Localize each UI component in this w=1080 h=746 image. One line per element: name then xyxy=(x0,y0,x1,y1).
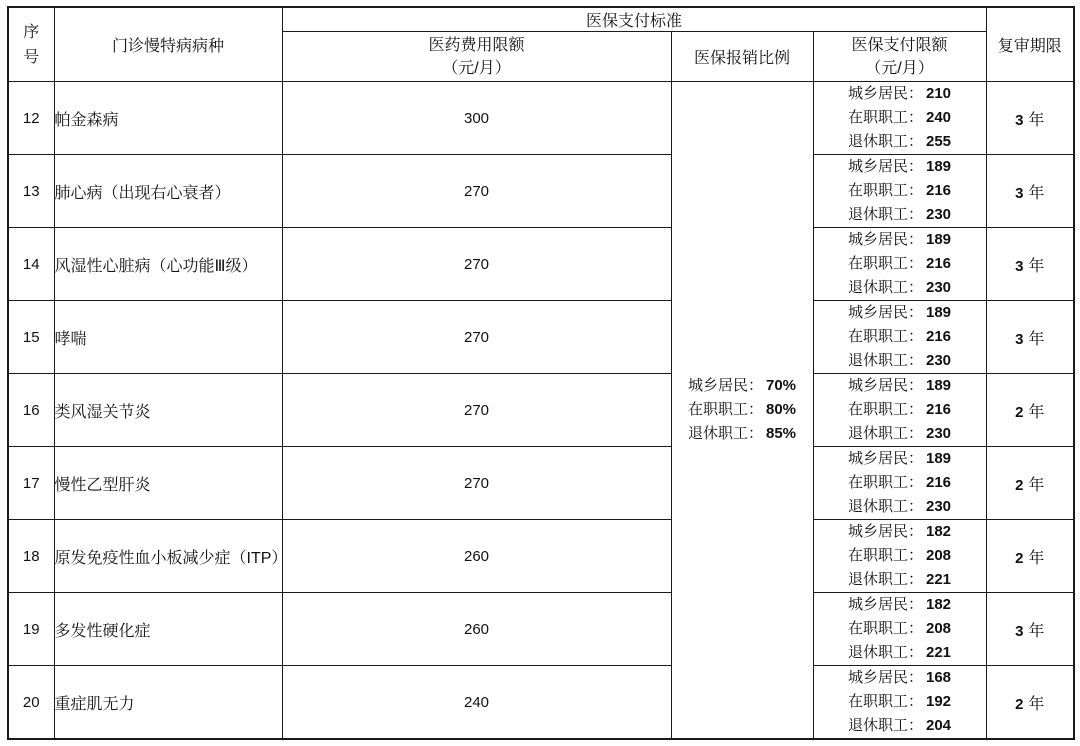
review-unit: 年 xyxy=(1028,623,1044,640)
pay-limit-label: 城乡居民： xyxy=(848,450,923,467)
pay-limit-value: 204 xyxy=(926,717,951,734)
row-pay-limits: 城乡居民：189 在职职工：216 退休职工：230 xyxy=(813,447,986,520)
pay-limit-line: 城乡居民：189 xyxy=(848,374,951,398)
pay-limit-value: 208 xyxy=(926,547,951,564)
review-value: 2 xyxy=(1015,550,1023,567)
row-serial: 18 xyxy=(8,520,54,593)
row-review: 3年 xyxy=(986,301,1074,374)
review-unit: 年 xyxy=(1028,550,1044,567)
row-serial: 20 xyxy=(8,666,54,740)
row-serial: 16 xyxy=(8,374,54,447)
pay-limit-line: 城乡居民：189 xyxy=(848,301,951,325)
pay-limit-value: 255 xyxy=(926,133,951,150)
table-row-18: 18 原发免疫性血小板减少症（ITP） 260 城乡居民：182 在职职工：20… xyxy=(8,520,1074,593)
row-serial: 12 xyxy=(8,82,54,155)
pay-limit-label: 退休职工： xyxy=(848,133,923,150)
pay-limit-line: 城乡居民：189 xyxy=(848,155,951,179)
ratio-label: 退休职工： xyxy=(688,425,763,442)
pay-limit-value: 189 xyxy=(926,450,951,467)
row-serial: 17 xyxy=(8,447,54,520)
review-value: 3 xyxy=(1015,185,1023,202)
pay-limit-label: 退休职工： xyxy=(848,571,923,588)
review-unit: 年 xyxy=(1028,331,1044,348)
review-value: 2 xyxy=(1015,404,1023,421)
ratio-label: 城乡居民： xyxy=(688,377,763,394)
pay-limit-value: 216 xyxy=(926,328,951,345)
pay-limit-value: 216 xyxy=(926,182,951,199)
pay-limit-line: 在职职工：216 xyxy=(848,252,951,276)
row-fee-limit: 300 xyxy=(282,82,671,155)
pay-limit-lines: 城乡居民：182 在职职工：208 退休职工：221 xyxy=(848,593,951,665)
row-review: 3年 xyxy=(986,228,1074,301)
header-ratio: 医保报销比例 xyxy=(671,32,813,82)
pay-limit-lines: 城乡居民：189 在职职工：216 退休职工：230 xyxy=(848,228,951,300)
header-standard-group: 医保支付标准 xyxy=(282,7,986,32)
ratio-lines: 城乡居民：70% 在职职工：80% 退休职工：85% xyxy=(688,374,796,446)
row-fee-limit: 270 xyxy=(282,228,671,301)
header-row-1: 序号 门诊慢特病病种 医保支付标准 复审期限 xyxy=(8,7,1074,32)
pay-limit-label: 退休职工： xyxy=(848,717,923,734)
review-value: 3 xyxy=(1015,258,1023,275)
pay-limit-label: 城乡居民： xyxy=(848,158,923,175)
row-disease: 哮喘 xyxy=(54,301,282,374)
pay-limit-line: 退休职工：204 xyxy=(848,714,951,738)
pay-limit-label: 城乡居民： xyxy=(848,596,923,613)
pay-limit-value: 182 xyxy=(926,523,951,540)
pay-limit-value: 189 xyxy=(926,304,951,321)
row-fee-limit: 270 xyxy=(282,374,671,447)
pay-limit-label: 退休职工： xyxy=(848,279,923,296)
pay-limit-value: 216 xyxy=(926,401,951,418)
document-page: 序号 门诊慢特病病种 医保支付标准 复审期限 医药费用限额 （元/月） 医保报销… xyxy=(0,0,1080,746)
pay-limit-label: 在职职工： xyxy=(848,182,923,199)
pay-limit-line: 城乡居民：168 xyxy=(848,666,951,690)
pay-limit-value: 189 xyxy=(926,158,951,175)
row-pay-limits: 城乡居民：168 在职职工：192 退休职工：204 xyxy=(813,666,986,740)
row-disease: 原发免疫性血小板减少症（ITP） xyxy=(54,520,282,593)
header-pay-limit: 医保支付限额 （元/月） xyxy=(813,32,986,82)
row-fee-limit: 260 xyxy=(282,593,671,666)
pay-limit-value: 210 xyxy=(926,85,951,102)
review-value: 3 xyxy=(1015,112,1023,129)
pay-limit-label: 退休职工： xyxy=(848,206,923,223)
pay-limit-lines: 城乡居民：182 在职职工：208 退休职工：221 xyxy=(848,520,951,592)
row-review: 3年 xyxy=(986,593,1074,666)
row-serial: 15 xyxy=(8,301,54,374)
ratio-line: 退休职工：85% xyxy=(688,422,796,446)
pay-limit-label: 退休职工： xyxy=(848,425,923,442)
ratio-cell: 城乡居民：70% 在职职工：80% 退休职工：85% xyxy=(671,82,813,740)
row-review: 2年 xyxy=(986,666,1074,740)
pay-limit-line: 在职职工：208 xyxy=(848,544,951,568)
row-disease: 肺心病（出现右心衰者） xyxy=(54,155,282,228)
pay-limit-label: 在职职工： xyxy=(848,109,923,126)
header-fee-limit-line2: （元/月） xyxy=(283,57,671,80)
pay-limit-line: 退休职工：230 xyxy=(848,203,951,227)
row-review: 2年 xyxy=(986,520,1074,593)
insurance-standards-table: 序号 门诊慢特病病种 医保支付标准 复审期限 医药费用限额 （元/月） 医保报销… xyxy=(7,6,1075,740)
pay-limit-line: 退休职工：221 xyxy=(848,568,951,592)
table-row-12: 12 帕金森病 300 城乡居民：70% 在职职工：80% 退休职工：85% 城… xyxy=(8,82,1074,155)
row-disease: 风湿性心脏病（心功能Ⅲ级） xyxy=(54,228,282,301)
table-row-15: 15 哮喘 270 城乡居民：189 在职职工：216 退休职工：230 3年 xyxy=(8,301,1074,374)
pay-limit-value: 216 xyxy=(926,474,951,491)
ratio-value: 80% xyxy=(766,401,796,418)
pay-limit-value: 189 xyxy=(926,377,951,394)
pay-limit-label: 城乡居民： xyxy=(848,523,923,540)
pay-limit-line: 在职职工：216 xyxy=(848,325,951,349)
pay-limit-line: 在职职工：192 xyxy=(848,690,951,714)
pay-limit-line: 在职职工：208 xyxy=(848,617,951,641)
pay-limit-value: 168 xyxy=(926,669,951,686)
pay-limit-lines: 城乡居民：189 在职职工：216 退休职工：230 xyxy=(848,374,951,446)
review-unit: 年 xyxy=(1028,258,1044,275)
review-value: 3 xyxy=(1015,331,1023,348)
pay-limit-line: 城乡居民：182 xyxy=(848,593,951,617)
row-fee-limit: 270 xyxy=(282,155,671,228)
table-row-13: 13 肺心病（出现右心衰者） 270 城乡居民：189 在职职工：216 退休职… xyxy=(8,155,1074,228)
row-review: 3年 xyxy=(986,155,1074,228)
pay-limit-value: 216 xyxy=(926,255,951,272)
review-value: 2 xyxy=(1015,696,1023,713)
pay-limit-line: 退休职工：221 xyxy=(848,641,951,665)
pay-limit-line: 城乡居民：210 xyxy=(848,82,951,106)
pay-limit-value: 240 xyxy=(926,109,951,126)
header-serial: 序号 xyxy=(8,7,54,82)
pay-limit-line: 在职职工：216 xyxy=(848,179,951,203)
pay-limit-lines: 城乡居民：189 在职职工：216 退休职工：230 xyxy=(848,301,951,373)
review-unit: 年 xyxy=(1028,477,1044,494)
table-row-20: 20 重症肌无力 240 城乡居民：168 在职职工：192 退休职工：204 … xyxy=(8,666,1074,740)
review-unit: 年 xyxy=(1028,696,1044,713)
pay-limit-lines: 城乡居民：210 在职职工：240 退休职工：255 xyxy=(848,82,951,154)
row-pay-limits: 城乡居民：210 在职职工：240 退休职工：255 xyxy=(813,82,986,155)
row-disease: 重症肌无力 xyxy=(54,666,282,740)
review-value: 2 xyxy=(1015,477,1023,494)
row-pay-limits: 城乡居民：182 在职职工：208 退休职工：221 xyxy=(813,593,986,666)
pay-limit-line: 在职职工：216 xyxy=(848,398,951,422)
pay-limit-value: 230 xyxy=(926,206,951,223)
ratio-line: 城乡居民：70% xyxy=(688,374,796,398)
row-serial: 19 xyxy=(8,593,54,666)
review-unit: 年 xyxy=(1028,404,1044,421)
pay-limit-value: 189 xyxy=(926,231,951,248)
pay-limit-value: 221 xyxy=(926,644,951,661)
pay-limit-label: 退休职工： xyxy=(848,644,923,661)
ratio-label: 在职职工： xyxy=(688,401,763,418)
pay-limit-label: 城乡居民： xyxy=(848,669,923,686)
header-pay-limit-line1: 医保支付限额 xyxy=(814,34,986,57)
pay-limit-label: 城乡居民： xyxy=(848,377,923,394)
pay-limit-label: 退休职工： xyxy=(848,498,923,515)
pay-limit-value: 192 xyxy=(926,693,951,710)
pay-limit-line: 在职职工：216 xyxy=(848,471,951,495)
review-unit: 年 xyxy=(1028,112,1044,129)
header-serial-label: 序号 xyxy=(23,20,40,70)
pay-limit-label: 在职职工： xyxy=(848,474,923,491)
review-value: 3 xyxy=(1015,623,1023,640)
pay-limit-lines: 城乡居民：189 在职职工：216 退休职工：230 xyxy=(848,155,951,227)
pay-limit-lines: 城乡居民：189 在职职工：216 退休职工：230 xyxy=(848,447,951,519)
header-disease: 门诊慢特病病种 xyxy=(54,7,282,82)
row-disease: 类风湿关节炎 xyxy=(54,374,282,447)
table-row-19: 19 多发性硬化症 260 城乡居民：182 在职职工：208 退休职工：221… xyxy=(8,593,1074,666)
row-disease: 帕金森病 xyxy=(54,82,282,155)
header-review: 复审期限 xyxy=(986,7,1074,82)
pay-limit-label: 城乡居民： xyxy=(848,304,923,321)
pay-limit-label: 在职职工： xyxy=(848,401,923,418)
pay-limit-value: 182 xyxy=(926,596,951,613)
pay-limit-line: 退休职工：230 xyxy=(848,276,951,300)
ratio-value: 70% xyxy=(766,377,796,394)
pay-limit-value: 230 xyxy=(926,279,951,296)
pay-limit-label: 在职职工： xyxy=(848,255,923,272)
pay-limit-line: 城乡居民：182 xyxy=(848,520,951,544)
header-fee-limit: 医药费用限额 （元/月） xyxy=(282,32,671,82)
pay-limit-label: 退休职工： xyxy=(848,352,923,369)
row-fee-limit: 270 xyxy=(282,447,671,520)
pay-limit-lines: 城乡居民：168 在职职工：192 退休职工：204 xyxy=(848,666,951,738)
header-pay-limit-line2: （元/月） xyxy=(814,57,986,80)
row-review: 3年 xyxy=(986,82,1074,155)
pay-limit-label: 在职职工： xyxy=(848,547,923,564)
row-fee-limit: 270 xyxy=(282,301,671,374)
pay-limit-label: 城乡居民： xyxy=(848,231,923,248)
pay-limit-label: 在职职工： xyxy=(848,693,923,710)
row-serial: 13 xyxy=(8,155,54,228)
pay-limit-line: 退休职工：230 xyxy=(848,349,951,373)
ratio-value: 85% xyxy=(766,425,796,442)
pay-limit-value: 230 xyxy=(926,498,951,515)
row-review: 2年 xyxy=(986,374,1074,447)
table-row-14: 14 风湿性心脏病（心功能Ⅲ级） 270 城乡居民：189 在职职工：216 退… xyxy=(8,228,1074,301)
pay-limit-line: 在职职工：240 xyxy=(848,106,951,130)
pay-limit-line: 退休职工：255 xyxy=(848,130,951,154)
row-pay-limits: 城乡居民：182 在职职工：208 退休职工：221 xyxy=(813,520,986,593)
ratio-line: 在职职工：80% xyxy=(688,398,796,422)
row-pay-limits: 城乡居民：189 在职职工：216 退休职工：230 xyxy=(813,374,986,447)
row-disease: 多发性硬化症 xyxy=(54,593,282,666)
header-fee-limit-line1: 医药费用限额 xyxy=(283,34,671,57)
pay-limit-value: 230 xyxy=(926,352,951,369)
table-row-16: 16 类风湿关节炎 270 城乡居民：189 在职职工：216 退休职工：230… xyxy=(8,374,1074,447)
pay-limit-label: 在职职工： xyxy=(848,328,923,345)
pay-limit-value: 208 xyxy=(926,620,951,637)
table-row-17: 17 慢性乙型肝炎 270 城乡居民：189 在职职工：216 退休职工：230… xyxy=(8,447,1074,520)
pay-limit-value: 230 xyxy=(926,425,951,442)
row-disease: 慢性乙型肝炎 xyxy=(54,447,282,520)
pay-limit-line: 退休职工：230 xyxy=(848,495,951,519)
row-review: 2年 xyxy=(986,447,1074,520)
pay-limit-line: 城乡居民：189 xyxy=(848,228,951,252)
row-pay-limits: 城乡居民：189 在职职工：216 退休职工：230 xyxy=(813,228,986,301)
row-fee-limit: 240 xyxy=(282,666,671,740)
row-fee-limit: 260 xyxy=(282,520,671,593)
review-unit: 年 xyxy=(1028,185,1044,202)
pay-limit-line: 城乡居民：189 xyxy=(848,447,951,471)
pay-limit-line: 退休职工：230 xyxy=(848,422,951,446)
row-pay-limits: 城乡居民：189 在职职工：216 退休职工：230 xyxy=(813,301,986,374)
pay-limit-value: 221 xyxy=(926,571,951,588)
pay-limit-label: 城乡居民： xyxy=(848,85,923,102)
row-pay-limits: 城乡居民：189 在职职工：216 退休职工：230 xyxy=(813,155,986,228)
pay-limit-label: 在职职工： xyxy=(848,620,923,637)
row-serial: 14 xyxy=(8,228,54,301)
